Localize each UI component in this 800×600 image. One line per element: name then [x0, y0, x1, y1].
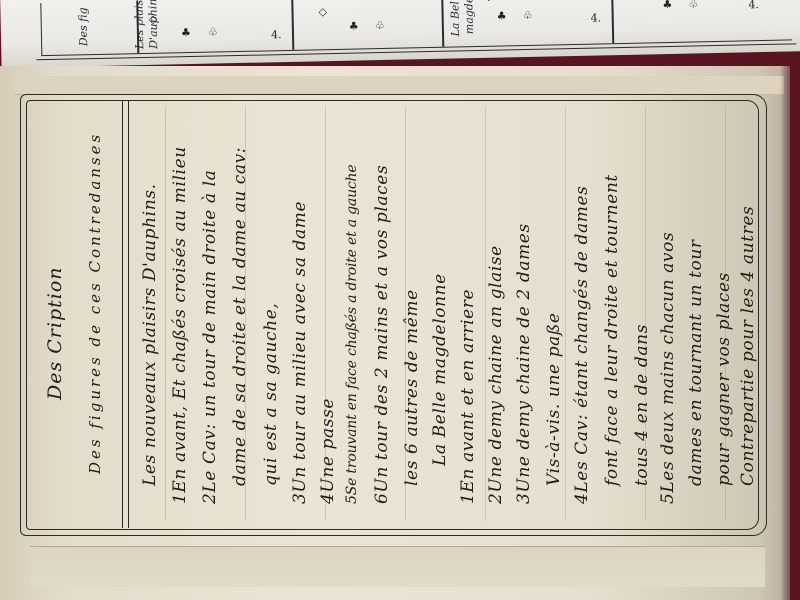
- dance-step: qui est a sa gauche,: [261, 303, 281, 486]
- club-icon: ♣: [349, 19, 359, 32]
- facing-text-fragment: Les plaisirs: [132, 0, 146, 49]
- dance-step: 2Le Cav: un tour de main droite à la: [200, 170, 220, 504]
- facing-text-fragment: La Bel: [448, 1, 462, 37]
- dance-step: pour gagner vos places: [714, 272, 734, 486]
- club-icon: ♣: [662, 0, 672, 11]
- club-outline-icon: ♧: [375, 19, 385, 32]
- dance-step: 6Un tour des 2 mains et a vos places: [372, 165, 392, 504]
- dance-step: 4Les Cav: étant changés de dames: [572, 186, 592, 504]
- club-outline-icon: ♧: [523, 9, 533, 22]
- facing-text-fragment: Des fig: [76, 7, 90, 46]
- figure-number: 4.: [271, 28, 282, 41]
- club-icon: ♣: [497, 9, 507, 22]
- dance-step: 1En avant, Et chaßés croisés au milieu: [170, 146, 190, 504]
- club-icon: ♣: [181, 26, 191, 39]
- dance-step: 1En avant et en arriere: [458, 289, 478, 504]
- book-page: Des Cription Des figures de ces Contreda…: [0, 66, 790, 600]
- frame-divider: [291, 0, 294, 50]
- page-bottom-margin: [30, 546, 765, 587]
- dance-title: Les nouveaux plaisirs D'auphins.: [140, 183, 160, 486]
- dance-step: Contrepartie pour les 4 autres: [738, 206, 758, 486]
- dance-step: tous 4 en de dans: [632, 324, 652, 486]
- header-panel-rule: [122, 100, 129, 528]
- facing-text-fragment: magde: [462, 0, 476, 34]
- dance-step: 3Une demy chaine de 2 dames: [514, 223, 534, 504]
- header-panel: [26, 100, 123, 528]
- dance-step: 5Se trouvant en face chaßés a droite et …: [344, 165, 360, 504]
- club-outline-icon: ♧: [688, 0, 698, 11]
- figure-number: 4.: [591, 11, 602, 24]
- dance-step: font face a leur droite et tournent: [602, 174, 622, 486]
- club-outline-icon: ♧: [208, 25, 218, 38]
- ruling-line: [565, 106, 566, 521]
- dance-step: Vis-à-vis. une paße: [544, 312, 564, 486]
- dance-step: 2Une demy chaine an glaise: [486, 245, 506, 504]
- page-top-edge: [14, 76, 784, 95]
- frame-divider: [441, 0, 444, 47]
- dance-step: 5Les deux mains chacun avos: [658, 232, 678, 504]
- dance-step: dame de sa droite et la dame au cav:: [230, 147, 250, 486]
- facing-page-top: Des fig Les plaisirs D'auphins La Bel ma…: [0, 0, 800, 68]
- dance-step: dames en tournant un tour: [686, 239, 706, 486]
- dance-title: La Belle magdelonne: [430, 273, 450, 466]
- dance-step: 4Une passe: [318, 398, 338, 504]
- diamond-icon: ◇: [149, 13, 158, 26]
- diamond-icon: ◇: [318, 5, 327, 18]
- binding-cloth: [780, 60, 800, 600]
- page-subtitle: Des figures de ces Contredanses: [86, 132, 104, 474]
- figure-number: 4.: [748, 0, 759, 11]
- dance-step: les 6 autres de même: [402, 289, 422, 486]
- ruling-line: [165, 106, 166, 521]
- diamond-icon: ◇: [484, 0, 493, 3]
- frame-divider: [611, 0, 614, 43]
- page-title: Des Cription: [44, 266, 66, 400]
- dance-step: 3Un tour au milieu avec sa dame: [290, 201, 310, 504]
